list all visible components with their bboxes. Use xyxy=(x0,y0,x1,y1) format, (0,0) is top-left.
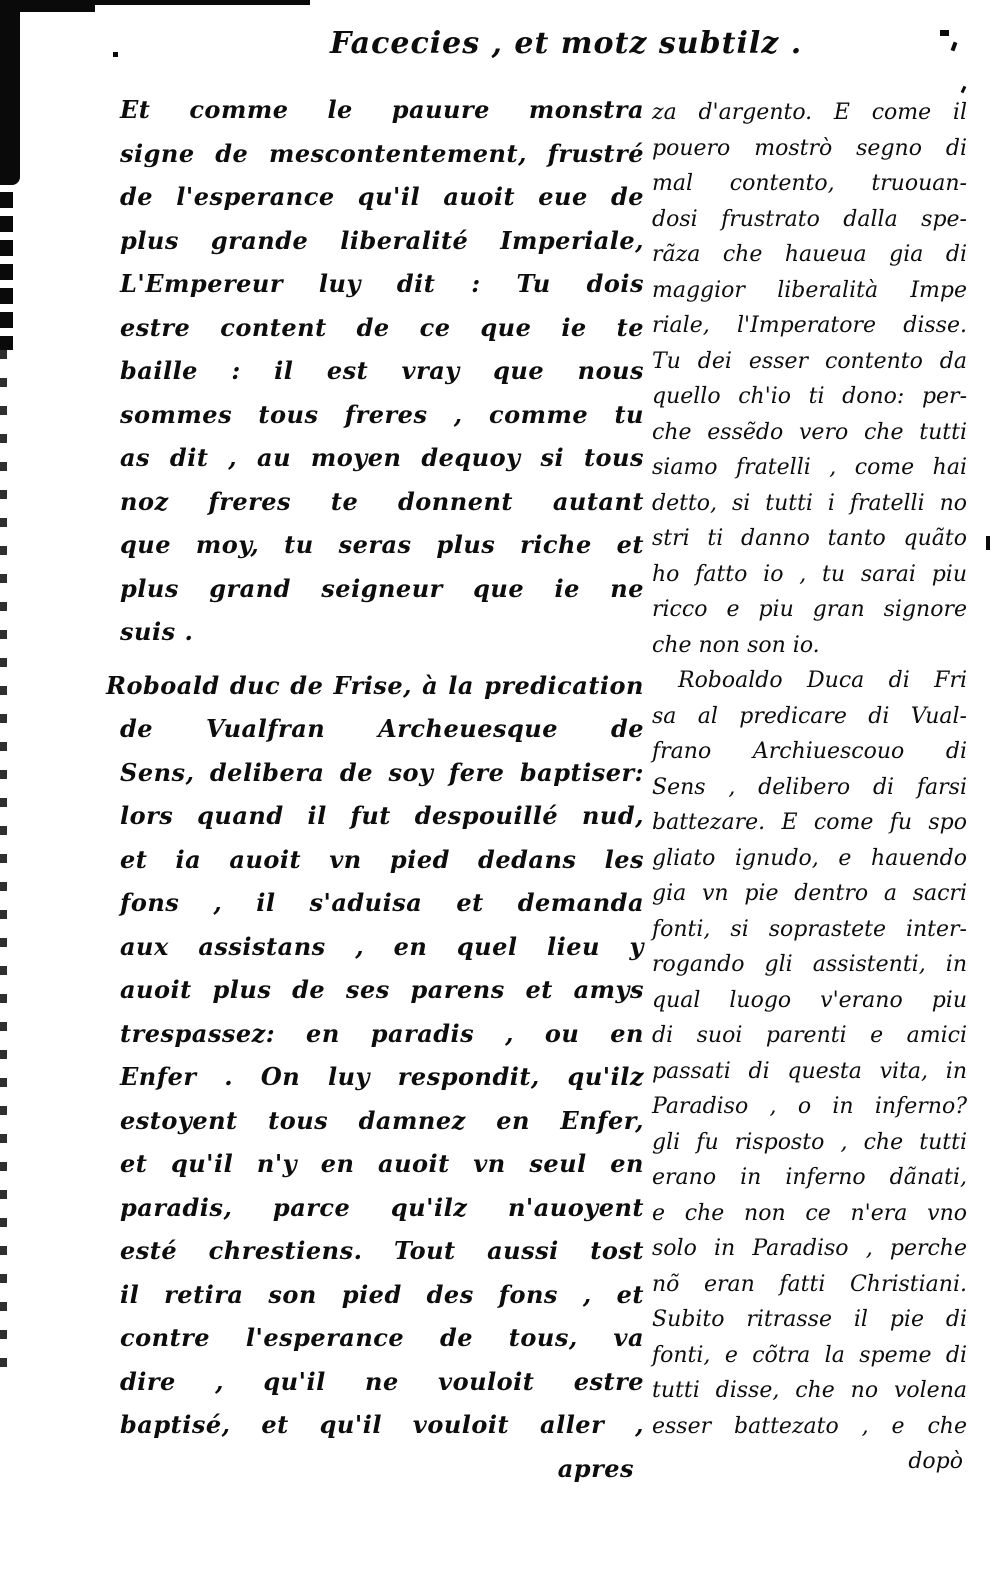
text-line: frano Archiuescouo di xyxy=(652,734,967,770)
text-line: di suoi parenti e amici xyxy=(652,1018,967,1054)
text-line: battezare. E come fu spo xyxy=(652,805,967,841)
text-line: plus grand seigneur que ie ne xyxy=(120,567,644,611)
text-line: gliato ignudo, e hauendo xyxy=(652,841,967,877)
text-line: fonti, si soprastete inter- xyxy=(652,912,967,948)
text-line: Paradiso , o in inferno? xyxy=(652,1089,967,1125)
ink-speck xyxy=(986,536,990,550)
text-line: gia vn pie dentro a sacri xyxy=(652,876,967,912)
text-line: Tu dei esser contento da xyxy=(652,344,967,380)
ink-speck xyxy=(961,86,967,94)
right-column-italian-text: za d'argento. E come ilpouero mostrò seg… xyxy=(652,95,967,1480)
text-line: erano in inferno dãnati, xyxy=(652,1160,967,1196)
book-page-scan: Facecies , et motz subtilz . Et comme le… xyxy=(0,0,1000,1582)
paragraph: Roboaldo Duca di Frisa al predicare di V… xyxy=(652,663,967,1444)
running-title: Facecies , et motz subtilz . xyxy=(330,26,770,61)
text-line: Enfer . On luy respondit, qu'ilz xyxy=(120,1055,644,1099)
text-line: quello ch'io ti dono: per- xyxy=(652,379,967,415)
binding-mark xyxy=(0,350,7,1384)
text-line: et qu'il n'y en auoit vn seul en xyxy=(120,1142,644,1186)
text-line: ho fatto io , tu sarai piu xyxy=(652,557,967,593)
text-line: tutti disse, che no volena xyxy=(652,1373,967,1409)
left-column-french-text: Et comme le pauure monstrasigne de mesco… xyxy=(120,88,644,1491)
ink-speck xyxy=(940,30,949,36)
binding-mark xyxy=(60,0,310,5)
text-line: estre content de ce que ie te xyxy=(120,306,644,350)
text-line: estoyent tous damnez en Enfer, xyxy=(120,1099,644,1143)
text-line: che essẽdo vero che tutti xyxy=(652,415,967,451)
text-line: Et comme le pauure monstra xyxy=(120,88,644,132)
text-line: baptisé, et qu'il vouloit aller , xyxy=(120,1403,644,1447)
text-line: de l'esperance qu'il auoit eue de xyxy=(120,175,644,219)
text-line: maggior liberalità Impe xyxy=(652,273,967,309)
text-line: fonti, e cõtra la speme di xyxy=(652,1338,967,1374)
text-line: suis . xyxy=(120,610,644,654)
text-line: trespassez: en paradis , ou en xyxy=(120,1012,644,1056)
paragraph: Roboald duc de Frise, à la predicationde… xyxy=(120,664,644,1447)
text-line: gli fu risposto , che tutti xyxy=(652,1125,967,1161)
text-line: riale, l'Imperatore disse. xyxy=(652,308,967,344)
text-line: detto, si tutti i fratelli no xyxy=(652,486,967,522)
text-line: che non son io. xyxy=(652,628,967,664)
text-line: que moy, tu seras plus riche et xyxy=(120,523,644,567)
text-line: esté chrestiens. Tout aussi tost xyxy=(120,1229,644,1273)
text-line: signe de mescontentement, frustré xyxy=(120,132,644,176)
text-line: fons , il s'aduisa et demanda xyxy=(120,881,644,925)
text-line: esser battezato , e che xyxy=(652,1409,967,1445)
text-line: Roboaldo Duca di Fri xyxy=(652,663,967,699)
text-line: noz freres te donnent autant xyxy=(120,480,644,524)
text-line: ricco e piu gran signore xyxy=(652,592,967,628)
text-line: e che non ce n'era vno xyxy=(652,1196,967,1232)
ink-speck xyxy=(951,42,958,52)
text-line: za d'argento. E come il xyxy=(652,95,967,131)
text-line: passati di questa vita, in xyxy=(652,1054,967,1090)
text-line: sa al predicare di Vual- xyxy=(652,699,967,735)
text-line: L'Empereur luy dit : Tu dois xyxy=(120,262,644,306)
text-line: Subito ritrasse il pie di xyxy=(652,1302,967,1338)
text-line: mal contento, truouan- xyxy=(652,166,967,202)
text-line: siamo fratelli , come hai xyxy=(652,450,967,486)
text-line: stri ti danno tanto quãto xyxy=(652,521,967,557)
text-line: baille : il est vray que nous xyxy=(120,349,644,393)
text-line: rãza che haueua gia di xyxy=(652,237,967,273)
text-line: as dit , au moyen dequoy si tous xyxy=(120,436,644,480)
text-line: aux assistans , en quel lieu y xyxy=(120,925,644,969)
text-line: contre l'esperance de tous, va xyxy=(120,1316,644,1360)
text-line: paradis, parce qu'ilz n'auoyent xyxy=(120,1186,644,1230)
catchword: dopò xyxy=(652,1444,967,1480)
text-line: qual luogo v'erano piu xyxy=(652,983,967,1019)
text-line: nõ eran fatti Christiani. xyxy=(652,1267,967,1303)
text-line: rogando gli assistenti, in xyxy=(652,947,967,983)
text-line: et ia auoit vn pied dedans les xyxy=(120,838,644,882)
text-line: Sens, delibera de soy fere baptiser: xyxy=(120,751,644,795)
paragraph: za d'argento. E come ilpouero mostrò seg… xyxy=(652,95,967,663)
text-line: sommes tous freres , comme tu xyxy=(120,393,644,437)
text-line: Sens , delibero di farsi xyxy=(652,770,967,806)
text-line: Roboald duc de Frise, à la predication xyxy=(106,664,644,708)
text-line: pouero mostrò segno di xyxy=(652,131,967,167)
text-line: lors quand il fut despouillé nud, xyxy=(120,794,644,838)
ink-speck xyxy=(113,52,118,57)
text-line: auoit plus de ses parens et amys xyxy=(120,968,644,1012)
text-line: dosi frustrato dalla spe- xyxy=(652,202,967,238)
paragraph: Et comme le pauure monstrasigne de mesco… xyxy=(120,88,644,654)
text-line: plus grande liberalité Imperiale, xyxy=(120,219,644,263)
binding-mark xyxy=(0,0,20,185)
text-line: solo in Paradiso , perche xyxy=(652,1231,967,1267)
text-line: de Vualfran Archeuesque de xyxy=(120,707,644,751)
catchword: apres xyxy=(120,1447,644,1491)
text-line: il retira son pied des fons , et xyxy=(120,1273,644,1317)
text-line: dire , qu'il ne vouloit estre xyxy=(120,1360,644,1404)
